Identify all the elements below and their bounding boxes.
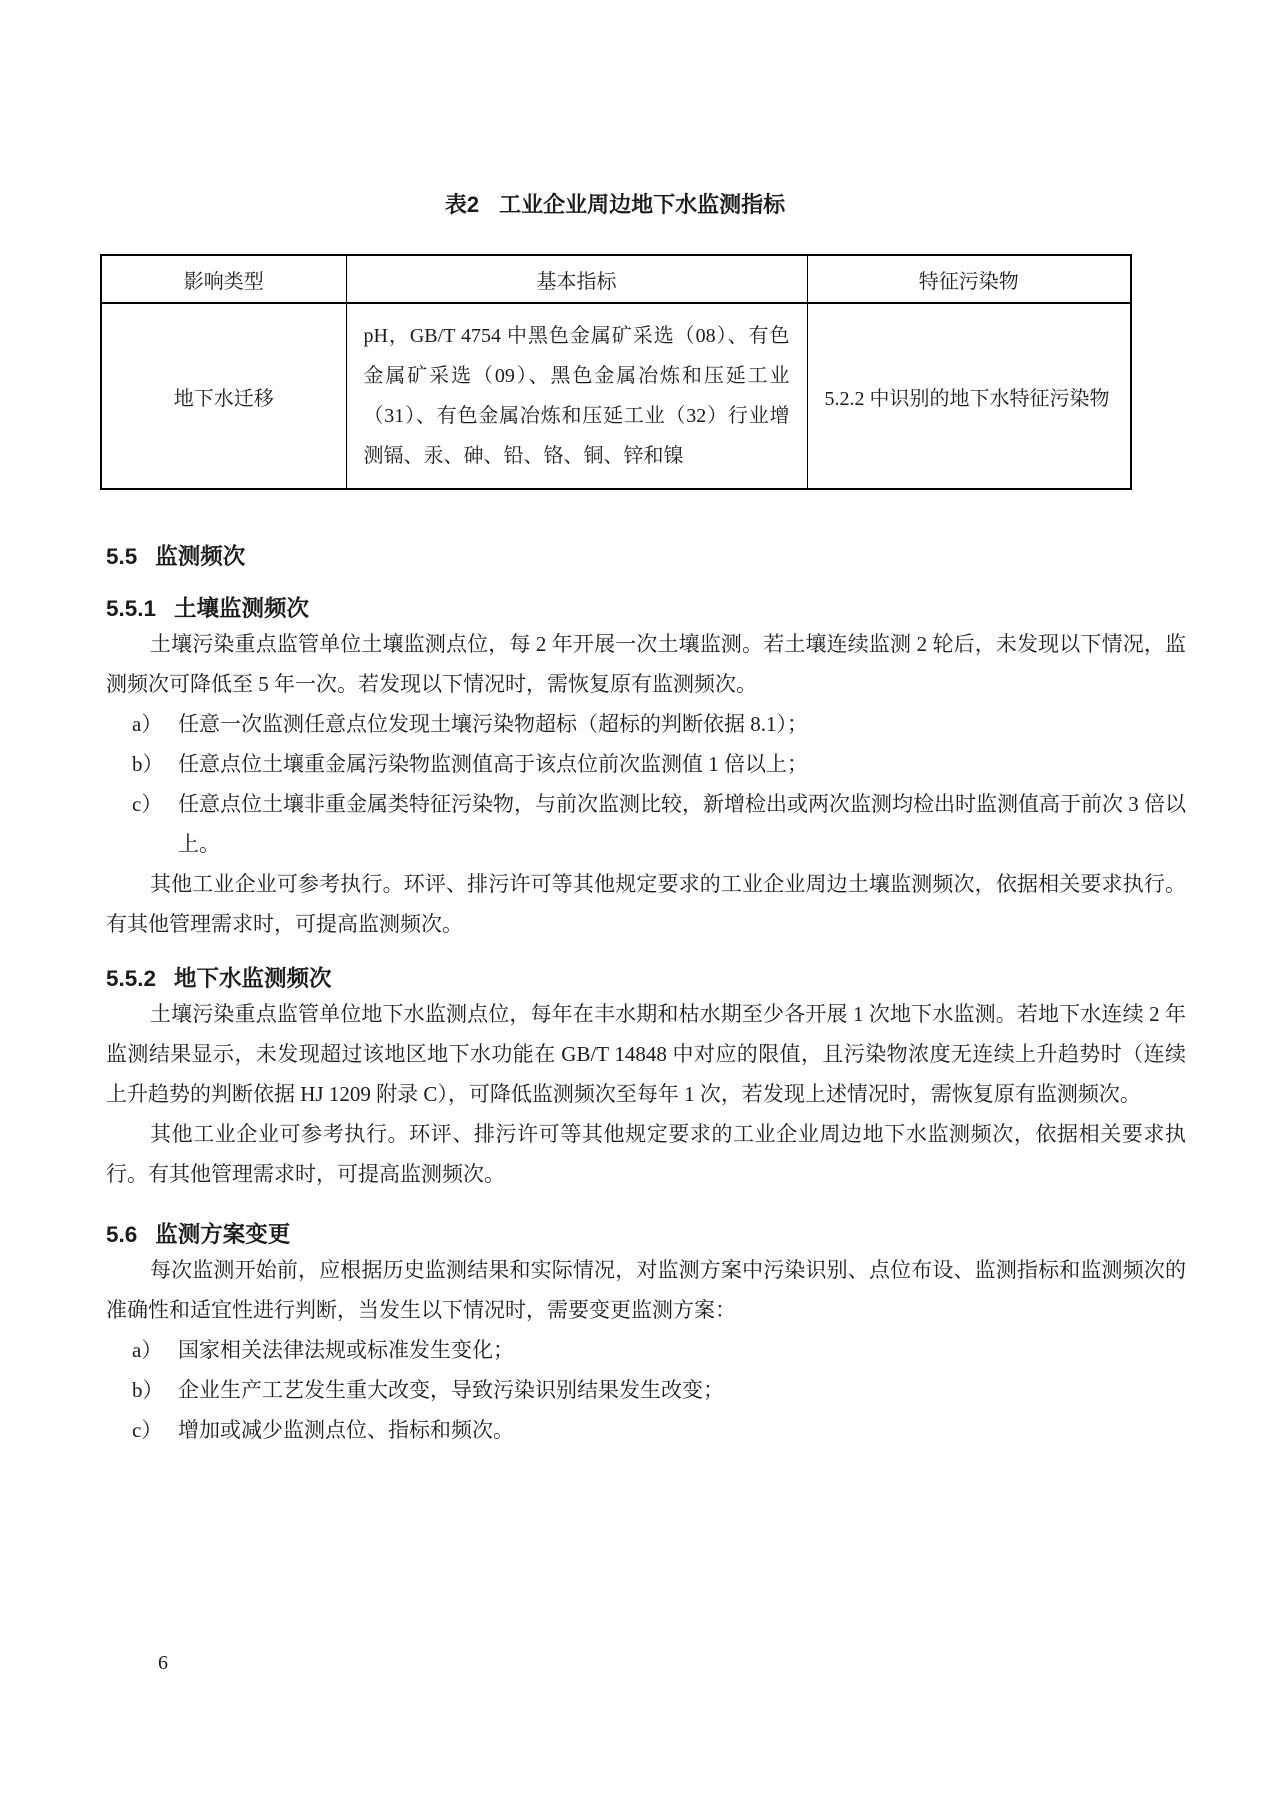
table-caption-title: 工业企业周边地下水监测指标 <box>499 192 785 217</box>
paragraph-groundwater-frequency: 土壤污染重点监管单位地下水监测点位，每年在丰水期和枯水期至少各开展 1 次地下水… <box>106 994 1186 1114</box>
paragraph-soil-frequency: 土壤污染重点监管单位土壤监测点位，每 2 年开展一次土壤监测。若土壤连续监测 2… <box>106 624 1186 704</box>
table-header-characteristic-pollutants: 特征污染物 <box>807 255 1131 303</box>
table-caption-label: 表2 <box>445 192 479 217</box>
list-item-text: 任意点位土壤非重金属类特征污染物，与前次监测比较，新增检出或两次监测均检出时监测… <box>178 792 1186 856</box>
cell-basic-indicators: pH，GB/T 4754 中黑色金属矿采选（08）、有色金属矿采选（09）、黑色… <box>346 303 807 489</box>
table-caption: 表2工业企业周边地下水监测指标 <box>100 190 1130 220</box>
list-item-label: c） <box>132 784 162 824</box>
list-item-text: 任意点位土壤重金属污染物监测值高于该点位前次监测值 1 倍以上； <box>178 752 808 776</box>
section-heading-5-6: 5.6监测方案变更 <box>106 1220 1186 1250</box>
section-number: 5.6 <box>106 1222 137 1247</box>
list-item-label: c） <box>132 1410 162 1450</box>
groundwater-indicator-table: 影响类型 基本指标 特征污染物 地下水迁移 pH，GB/T 4754 中黑色金属… <box>100 254 1132 490</box>
list-item-text: 企业生产工艺发生重大改变，导致污染识别结果发生改变； <box>178 1378 724 1402</box>
paragraph-plan-change: 每次监测开始前，应根据历史监测结果和实际情况，对监测方案中污染识别、点位布设、监… <box>106 1250 1186 1330</box>
table-header-basic-indicators: 基本指标 <box>346 255 807 303</box>
page-number: 6 <box>158 1652 168 1675</box>
section-title: 监测方案变更 <box>155 1222 290 1247</box>
section-title: 地下水监测频次 <box>174 966 332 991</box>
table-row: 地下水迁移 pH，GB/T 4754 中黑色金属矿采选（08）、有色金属矿采选（… <box>101 303 1131 489</box>
table-header-impact-type: 影响类型 <box>101 255 346 303</box>
section-heading-5-5-1: 5.5.1土壤监测频次 <box>106 594 1186 624</box>
section-heading-5-5-2: 5.5.2地下水监测频次 <box>106 964 1186 994</box>
list-item-a: a）国家相关法律法规或标准发生变化； <box>106 1330 1186 1370</box>
list-item-text: 国家相关法律法规或标准发生变化； <box>178 1338 514 1362</box>
cell-characteristic-pollutants: 5.2.2 中识别的地下水特征污染物 <box>807 303 1131 489</box>
list-item-text: 增加或减少监测点位、指标和频次。 <box>178 1418 514 1442</box>
paragraph-soil-other-enterprises: 其他工业企业可参考执行。环评、排污许可等其他规定要求的工业企业周边土壤监测频次，… <box>106 864 1186 944</box>
section-number: 5.5.2 <box>106 966 156 991</box>
list-item-c: c）增加或减少监测点位、指标和频次。 <box>106 1410 1186 1450</box>
section-title: 土壤监测频次 <box>174 596 309 621</box>
list-item-label: b） <box>132 744 164 784</box>
list-item-label: b） <box>132 1370 164 1410</box>
list-item-b: b）任意点位土壤重金属污染物监测值高于该点位前次监测值 1 倍以上； <box>106 744 1186 784</box>
list-item-c: c）任意点位土壤非重金属类特征污染物，与前次监测比较，新增检出或两次监测均检出时… <box>106 784 1186 864</box>
section-heading-5-5: 5.5监测频次 <box>106 542 1186 572</box>
document-page: 表2工业企业周边地下水监测指标 影响类型 基本指标 特征污染物 地下水迁移 pH… <box>0 0 1268 1793</box>
list-item-b: b）企业生产工艺发生重大改变，导致污染识别结果发生改变； <box>106 1370 1186 1410</box>
paragraph-groundwater-other-enterprises: 其他工业企业可参考执行。环评、排污许可等其他规定要求的工业企业周边地下水监测频次… <box>106 1114 1186 1194</box>
list-item-label: a） <box>132 1330 162 1370</box>
section-number: 5.5.1 <box>106 596 156 621</box>
list-item-label: a） <box>132 704 162 744</box>
table-header-row: 影响类型 基本指标 特征污染物 <box>101 255 1131 303</box>
section-number: 5.5 <box>106 544 137 569</box>
list-item-text: 任意一次监测任意点位发现土壤污染物超标（超标的判断依据 8.1）； <box>178 712 808 736</box>
cell-impact-type: 地下水迁移 <box>101 303 346 489</box>
page-content: 表2工业企业周边地下水监测指标 影响类型 基本指标 特征污染物 地下水迁移 pH… <box>0 0 1268 1450</box>
list-item-a: a）任意一次监测任意点位发现土壤污染物超标（超标的判断依据 8.1）； <box>106 704 1186 744</box>
section-title: 监测频次 <box>155 544 245 569</box>
